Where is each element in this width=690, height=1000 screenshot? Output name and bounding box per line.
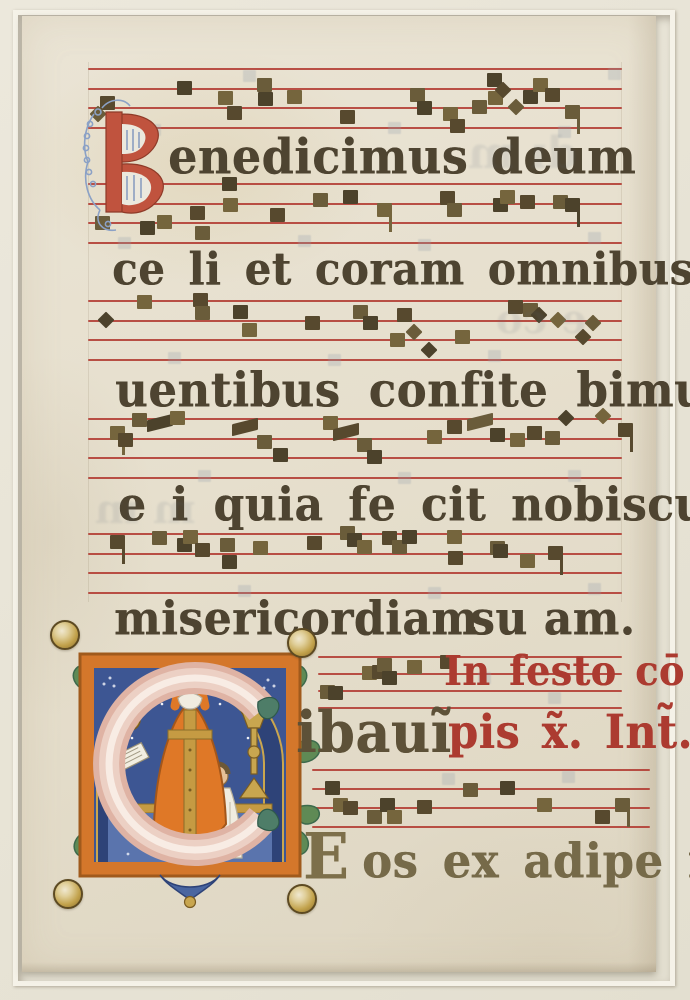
neume-virga bbox=[110, 535, 125, 549]
neume-punctum bbox=[545, 88, 560, 102]
neume-punctum bbox=[500, 781, 515, 795]
lyric-line-5b: su am. bbox=[470, 592, 635, 646]
neume-punctum bbox=[195, 306, 210, 320]
neume-punctum bbox=[527, 426, 542, 440]
neume-oblique bbox=[232, 418, 258, 436]
staff-line bbox=[312, 807, 650, 809]
staff-line bbox=[88, 457, 622, 459]
show-through-neume bbox=[562, 771, 575, 783]
neume-punctum bbox=[325, 781, 340, 795]
neume-punctum bbox=[305, 316, 320, 330]
neume-punctum bbox=[463, 783, 478, 797]
neume-punctum bbox=[223, 198, 238, 212]
staff-line bbox=[312, 788, 650, 790]
neume-punctum bbox=[493, 544, 508, 558]
staff-line bbox=[312, 826, 650, 828]
virga-tail bbox=[560, 555, 563, 575]
neume-punctum bbox=[520, 195, 535, 209]
neume-virga bbox=[618, 423, 633, 437]
neume-punctum bbox=[242, 323, 257, 337]
neume-virga bbox=[377, 203, 392, 217]
neume-punctum bbox=[407, 660, 422, 674]
staff-line bbox=[88, 68, 622, 70]
neume-punctum bbox=[382, 671, 397, 685]
lyric-line-4: e i quia fe cit nobiscum bbox=[118, 478, 690, 532]
neume-punctum bbox=[545, 431, 560, 445]
neume-punctum bbox=[287, 90, 302, 104]
neume-punctum bbox=[523, 90, 538, 104]
staff-line bbox=[312, 769, 650, 771]
neume-punctum bbox=[447, 203, 462, 217]
music-staff bbox=[88, 533, 622, 600]
gold-bezant bbox=[53, 879, 83, 909]
rubric-line-1: In festo cō bbox=[444, 646, 685, 695]
neume-diamond bbox=[406, 324, 423, 341]
neume-punctum bbox=[377, 658, 392, 672]
leaf-content: enedicimus deum ce li et coram omnibus u… bbox=[0, 0, 690, 1000]
lyric-continuation: ibauĩ bbox=[296, 698, 452, 766]
neume-punctum bbox=[510, 433, 525, 447]
neume-punctum bbox=[417, 101, 432, 115]
neume-punctum bbox=[390, 333, 405, 347]
neume-punctum bbox=[222, 555, 237, 569]
neume-punctum bbox=[195, 543, 210, 557]
virga-tail bbox=[577, 207, 580, 227]
initial-b-illumination bbox=[78, 96, 182, 240]
neume-punctum bbox=[357, 540, 372, 554]
neume-punctum bbox=[387, 810, 402, 824]
neume-punctum bbox=[195, 226, 210, 240]
neume-punctum bbox=[313, 193, 328, 207]
virga-tail bbox=[122, 544, 125, 564]
neume-punctum bbox=[137, 295, 152, 309]
show-through-neume bbox=[243, 70, 256, 82]
neume-punctum bbox=[257, 78, 272, 92]
neume-punctum bbox=[402, 530, 417, 544]
neume-punctum bbox=[447, 420, 462, 434]
neume-punctum bbox=[472, 100, 487, 114]
neume-punctum bbox=[410, 88, 425, 102]
neume-punctum bbox=[340, 110, 355, 124]
neume-punctum bbox=[448, 551, 463, 565]
rubric-line-2: pis x̃. Int̃. bbox=[448, 706, 690, 760]
neume-punctum bbox=[537, 798, 552, 812]
neume-punctum bbox=[500, 190, 515, 204]
show-through-neume bbox=[608, 68, 621, 80]
neume-punctum bbox=[397, 308, 412, 322]
staff-line bbox=[88, 572, 622, 574]
show-through-text: dı m bbox=[468, 128, 577, 179]
neume-diamond bbox=[508, 99, 525, 116]
gold-bezant bbox=[287, 628, 317, 658]
virga-tail bbox=[630, 432, 633, 452]
neume-punctum bbox=[307, 536, 322, 550]
neume-punctum bbox=[257, 435, 272, 449]
neume-diamond bbox=[421, 342, 438, 359]
neume-punctum bbox=[233, 305, 248, 319]
show-through-text: e co bbox=[496, 296, 586, 343]
illuminated-initial-c bbox=[72, 646, 308, 908]
neume-punctum bbox=[118, 433, 133, 447]
neume-virga bbox=[565, 198, 580, 212]
neume-diamond bbox=[585, 315, 602, 332]
lyric-line-2: ce li et coram omnibus ui bbox=[112, 243, 690, 295]
gold-drop bbox=[185, 897, 196, 908]
neume-virga bbox=[565, 105, 580, 119]
neume-punctum bbox=[218, 91, 233, 105]
gold-bezant bbox=[50, 620, 80, 650]
neume-punctum bbox=[447, 530, 462, 544]
neume-punctum bbox=[193, 293, 208, 307]
neume-punctum bbox=[367, 810, 382, 824]
show-through-text: m ın bbox=[95, 486, 196, 533]
neume-punctum bbox=[595, 810, 610, 824]
neume-punctum bbox=[220, 538, 235, 552]
neume-punctum bbox=[343, 190, 358, 204]
neume-virga bbox=[548, 546, 563, 560]
neume-punctum bbox=[227, 106, 242, 120]
virga-tail bbox=[389, 212, 392, 232]
show-through-neume bbox=[442, 773, 455, 785]
gold-bezant bbox=[287, 884, 317, 914]
neume-punctum bbox=[273, 448, 288, 462]
lyric-line-6-initial: E bbox=[303, 820, 349, 894]
neume-punctum bbox=[190, 206, 205, 220]
neume-punctum bbox=[367, 450, 382, 464]
neume-diamond bbox=[98, 312, 115, 329]
neume-punctum bbox=[455, 330, 470, 344]
neume-punctum bbox=[490, 428, 505, 442]
lyric-line-6: os ex adipe fru bbox=[362, 833, 690, 889]
neume-punctum bbox=[427, 430, 442, 444]
manuscript-photo: enedicimus deum ce li et coram omnibus u… bbox=[0, 0, 690, 1000]
neume-punctum bbox=[258, 92, 273, 106]
music-staff bbox=[88, 418, 622, 485]
music-staff bbox=[312, 769, 650, 834]
neume-punctum bbox=[343, 801, 358, 815]
neume-punctum bbox=[177, 81, 192, 95]
neume-punctum bbox=[253, 541, 268, 555]
neume-punctum bbox=[520, 554, 535, 568]
neume-punctum bbox=[152, 531, 167, 545]
show-through-neume bbox=[488, 350, 501, 362]
neume-punctum bbox=[417, 800, 432, 814]
virga-tail bbox=[627, 807, 630, 827]
neume-virga bbox=[615, 798, 630, 812]
staff-line bbox=[88, 553, 622, 555]
letter-b bbox=[106, 112, 163, 213]
neume-punctum bbox=[270, 208, 285, 222]
neume-punctum bbox=[363, 316, 378, 330]
lyric-line-3: uentibus confite bimur bbox=[115, 362, 690, 418]
